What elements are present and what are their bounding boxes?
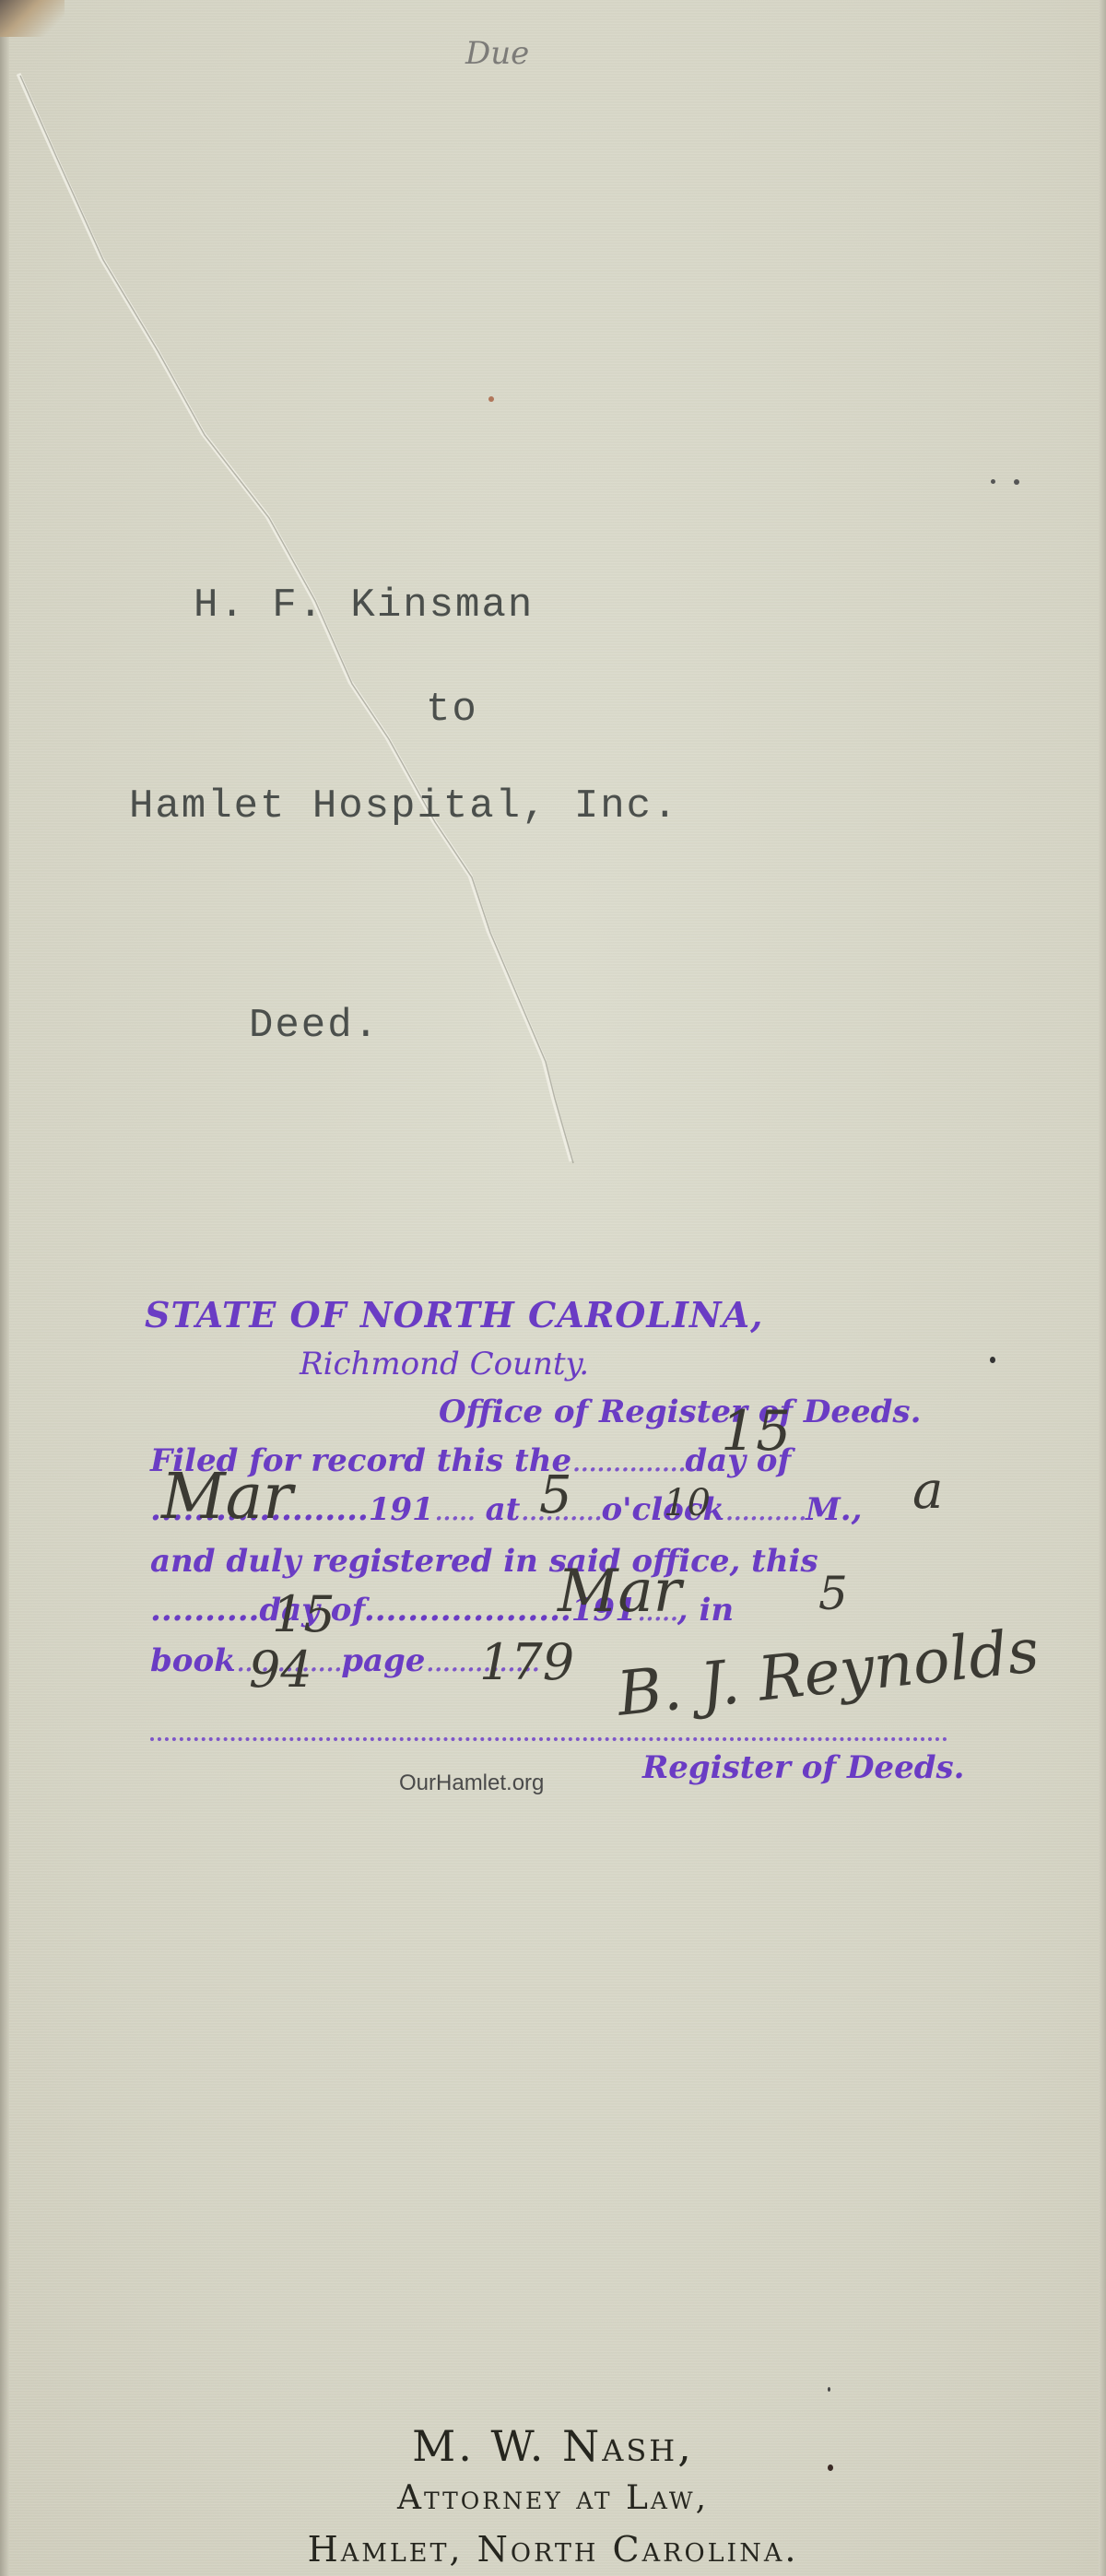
hand-page-number: 179 [479, 1633, 574, 1691]
stamp-county-line: Richmond County. [300, 1346, 589, 1382]
signature-rule [150, 1737, 947, 1741]
hand-book-number: 94 [249, 1641, 312, 1699]
attorney-title: Attorney at Law, [0, 2479, 1106, 2517]
hand-registered-year-digit: 5 [818, 1567, 848, 1620]
hand-filed-year-digit: 5 [539, 1465, 572, 1525]
site-watermark: OurHamlet.org [399, 1770, 544, 1796]
pencil-note: Due [465, 35, 529, 72]
m-label: M., [806, 1491, 862, 1528]
hand-registered-day: 15 [272, 1585, 335, 1643]
stain-speck [991, 479, 995, 484]
attorney-name: M. W. Nash, [0, 2421, 1106, 2471]
paper-right-edge [1099, 0, 1106, 2576]
worn-corner [0, 0, 65, 37]
instrument-type: Deed. [249, 1003, 380, 1049]
at-label: at [486, 1491, 521, 1528]
register-signature: B. J. Reynolds [614, 1615, 1042, 1730]
paper-crease [0, 0, 1106, 2576]
grantor-name: H. F. Kinsman [194, 582, 534, 629]
stain-speck [828, 2387, 830, 2392]
attorney-location: Hamlet, North Carolina. [0, 2529, 1106, 2570]
stain-speck [990, 1357, 995, 1363]
filed-dots: .............. [571, 1442, 685, 1479]
book-label: book [150, 1642, 236, 1679]
grantee-name: Hamlet Hospital, Inc. [129, 783, 679, 829]
hand-filed-ampm: a [912, 1461, 943, 1521]
register-title: Register of Deeds. [642, 1749, 964, 1786]
hand-filed-hour: 10 [664, 1482, 711, 1524]
hand-registered-month: Mar [558, 1558, 681, 1626]
in-label: , in [677, 1592, 734, 1629]
stamp-state-line: STATE OF NORTH CAROLINA, [145, 1294, 763, 1335]
hand-filed-day: 15 [721, 1399, 791, 1464]
stain-speck [488, 396, 494, 402]
hand-filed-month: Mar [161, 1461, 293, 1534]
connector-to: to [426, 687, 478, 733]
stamp-office-line: Office of Register of Deeds. [439, 1394, 921, 1430]
page-label: page [341, 1642, 425, 1679]
stamp-registered-line: and duly registered in said office, this [150, 1543, 818, 1580]
paper-left-edge [0, 0, 9, 2576]
stain-speck [1014, 479, 1019, 485]
